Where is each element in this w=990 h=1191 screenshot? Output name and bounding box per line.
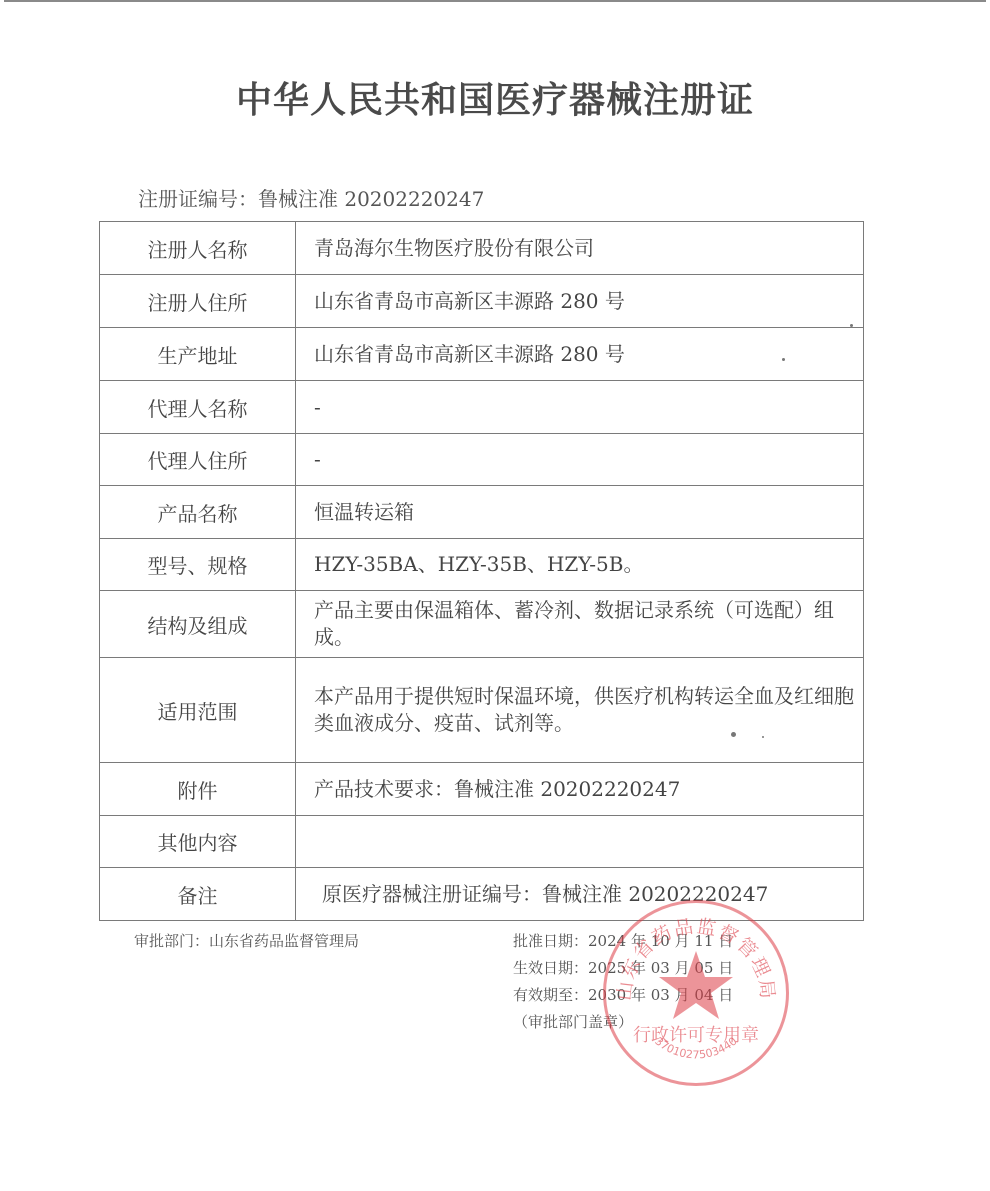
- seal-star-icon: 山东省药品监督管理局 行政许可专用章 3701027503440: [606, 903, 786, 1083]
- row-label: 型号、规格: [100, 539, 296, 591]
- table-row: 型号、规格 HZY-35BA、HZY-35B、HZY-5B。: [100, 539, 864, 591]
- table-row: 适用范围 本产品用于提供短时保温环境，供医疗机构转运全血及红细胞类血液成分、疫苗…: [100, 658, 864, 763]
- row-label: 代理人名称: [100, 381, 296, 434]
- scan-top-edge: [4, 0, 986, 2]
- row-label: 结构及组成: [100, 591, 296, 658]
- row-label: 生产地址: [100, 328, 296, 381]
- table-row: 注册人住所 山东省青岛市高新区丰源路 280 号: [100, 275, 864, 328]
- table-row: 注册人名称 青岛海尔生物医疗股份有限公司: [100, 222, 864, 275]
- row-value: HZY-35BA、HZY-35B、HZY-5B。: [296, 539, 864, 591]
- scan-speck: [850, 324, 853, 327]
- table-row: 产品名称 恒温转运箱: [100, 486, 864, 539]
- scan-speck: [731, 732, 736, 737]
- table-row: 代理人名称 -: [100, 381, 864, 434]
- row-value: 产品技术要求：鲁械注准 20202220247: [296, 763, 864, 816]
- svg-text:行政许可专用章: 行政许可专用章: [633, 1025, 759, 1046]
- approval-department: 审批部门：山东省药品监督管理局: [134, 930, 359, 951]
- certificate-number: 注册证编号：鲁械注准 20202220247: [138, 183, 484, 212]
- table-row: 结构及组成 产品主要由保温箱体、蓄冷剂、数据记录系统（可选配）组成。: [100, 591, 864, 658]
- row-label: 代理人住所: [100, 434, 296, 486]
- row-value: 本产品用于提供短时保温环境，供医疗机构转运全血及红细胞类血液成分、疫苗、试剂等。: [296, 658, 864, 763]
- table-row: 生产地址 山东省青岛市高新区丰源路 280 号: [100, 328, 864, 381]
- row-value: -: [296, 434, 864, 486]
- row-label: 备注: [100, 868, 296, 921]
- official-seal: 山东省药品监督管理局 行政许可专用章 3701027503440: [603, 900, 789, 1086]
- row-value: 产品主要由保温箱体、蓄冷剂、数据记录系统（可选配）组成。: [296, 591, 864, 658]
- scan-speck: [782, 358, 785, 361]
- row-label: 注册人名称: [100, 222, 296, 275]
- table-row: 附件 产品技术要求：鲁械注准 20202220247: [100, 763, 864, 816]
- scan-speck: [762, 736, 764, 738]
- row-label: 适用范围: [100, 658, 296, 763]
- table-row: 其他内容: [100, 816, 864, 868]
- row-value: 恒温转运箱: [296, 486, 864, 539]
- row-value: [296, 816, 864, 868]
- row-value: 青岛海尔生物医疗股份有限公司: [296, 222, 864, 275]
- row-label: 产品名称: [100, 486, 296, 539]
- table-row: 代理人住所 -: [100, 434, 864, 486]
- row-label: 其他内容: [100, 816, 296, 868]
- document-title: 中华人民共和国医疗器械注册证: [0, 72, 990, 123]
- row-label: 注册人住所: [100, 275, 296, 328]
- row-label: 附件: [100, 763, 296, 816]
- row-value: 山东省青岛市高新区丰源路 280 号: [296, 328, 864, 381]
- row-value: 山东省青岛市高新区丰源路 280 号: [296, 275, 864, 328]
- registration-table: 注册人名称 青岛海尔生物医疗股份有限公司 注册人住所 山东省青岛市高新区丰源路 …: [99, 221, 864, 921]
- row-value: -: [296, 381, 864, 434]
